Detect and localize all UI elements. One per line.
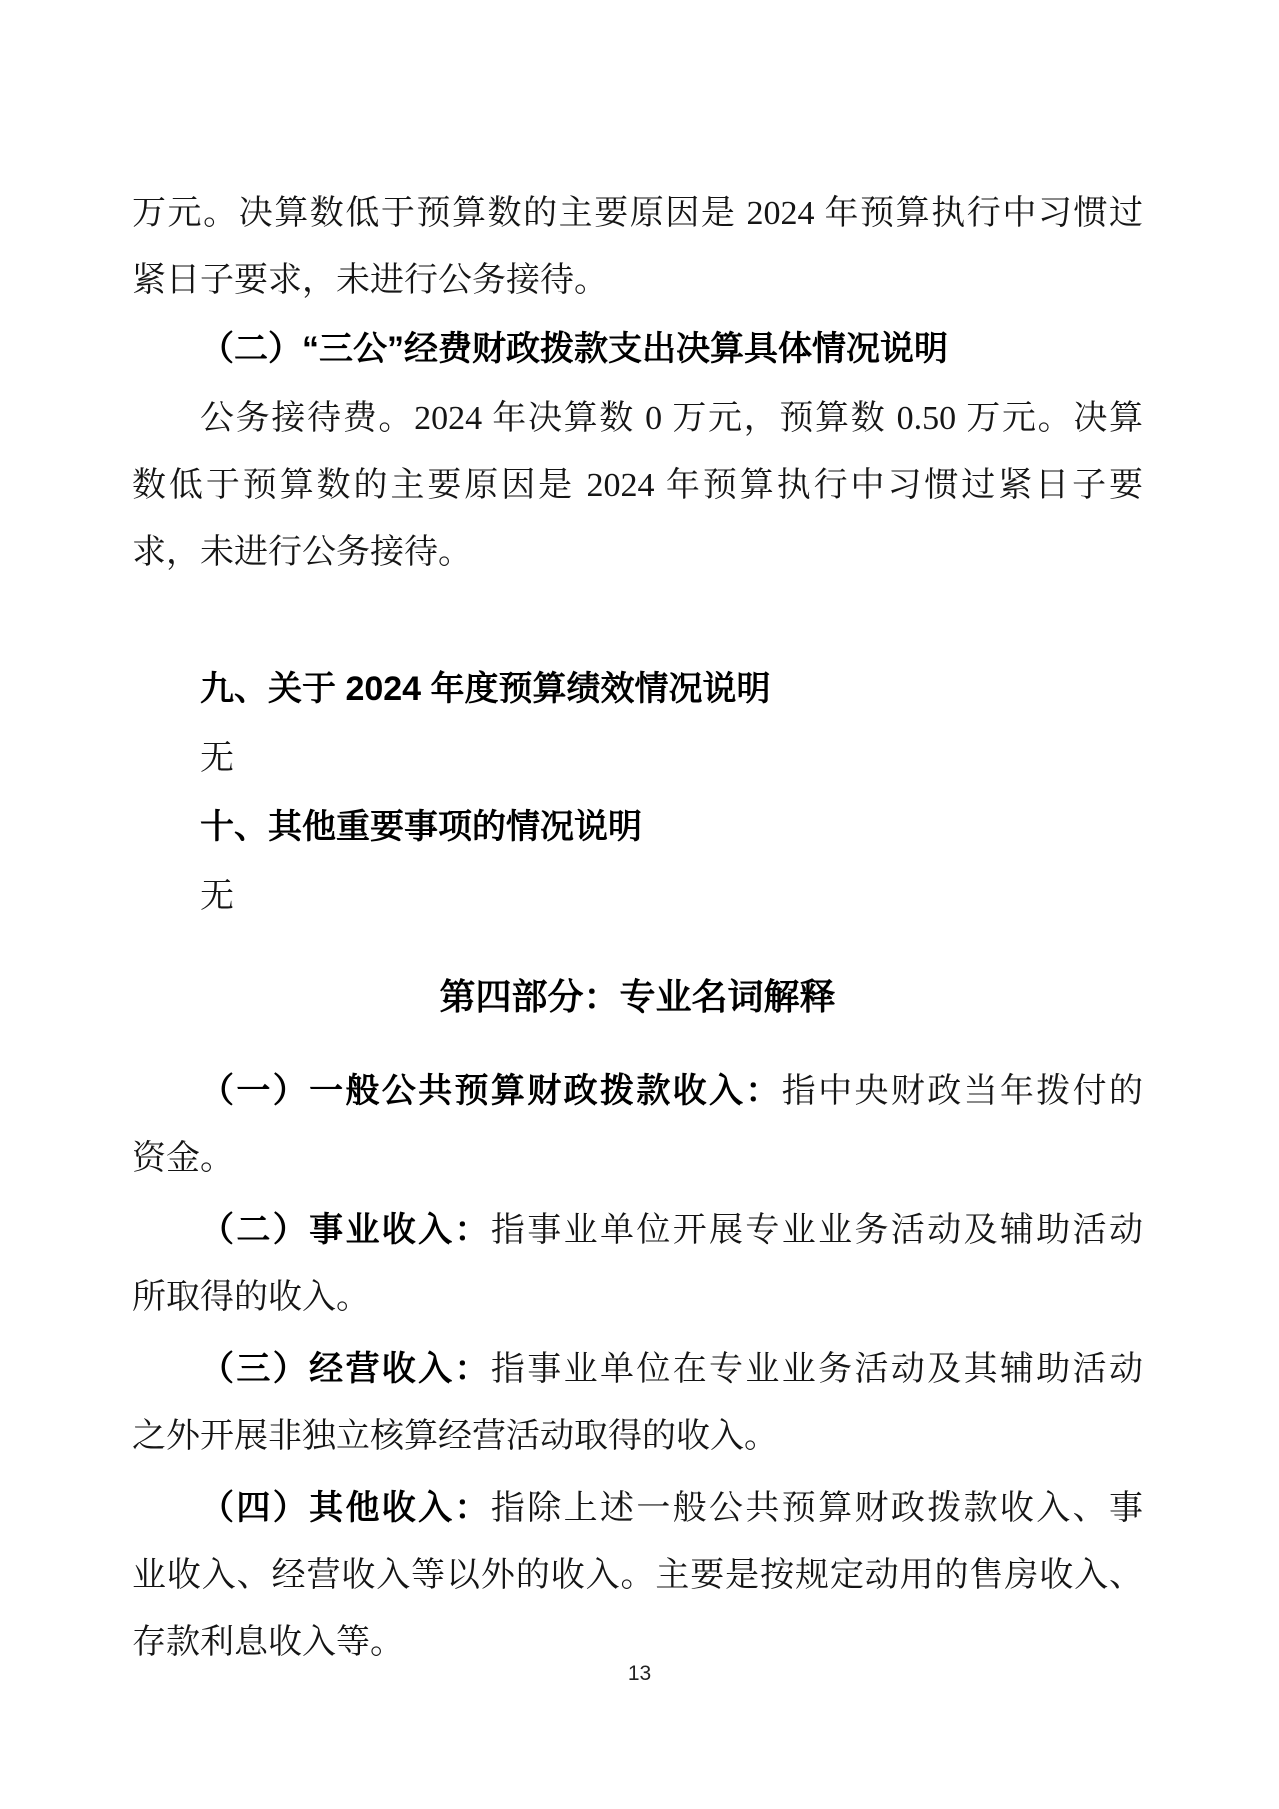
term-label: （三）经营收入： [200, 1351, 491, 1388]
definition-other-income: （四）其他收入：指除上述一般公共预算财政拨款收入、事业收入、经营收入等以外的收入… [132, 1475, 1143, 1676]
section10-none-text: 无 [132, 863, 1143, 930]
text-segment: 数低于预算数的主要原因是 2024 年预算执行中习惯过紧日子要 [132, 467, 1143, 504]
text-line: 十、其他重要事项的情况说明 [132, 794, 1143, 861]
text-segment: 紧日子要求，未进行公务接待。 [132, 262, 608, 299]
text-line: 数低于预算数的主要原因是 2024 年预算执行中习惯过紧日子要 [132, 452, 1143, 519]
text-line: （二）事业收入：指事业单位开展专业业务活动及辅助活动 [132, 1197, 1143, 1264]
definition-operating-income: （三）经营收入：指事业单位在专业业务活动及其辅助活动之外开展非独立核算经营活动取… [132, 1336, 1143, 1470]
text-segment: 所取得的收入。 [132, 1279, 370, 1316]
text-line: （一）一般公共预算财政拨款收入：指中央财政当年拨付的 [132, 1058, 1143, 1125]
text-line: （三）经营收入：指事业单位在专业业务活动及其辅助活动 [132, 1336, 1143, 1403]
definition-institution-income: （二）事业收入：指事业单位开展专业业务活动及辅助活动所取得的收入。 [132, 1197, 1143, 1331]
text-line: （四）其他收入：指除上述一般公共预算财政拨款收入、事 [132, 1475, 1143, 1542]
text-segment: 指除上述一般公共预算财政拨款收入、事 [491, 1490, 1143, 1527]
document-page: 万元。决算数低于预算数的主要原因是 2024 年预算执行中习惯过紧日子要求，未进… [0, 0, 1279, 1809]
section9-heading: 九、关于 2024 年度预算绩效情况说明 [132, 656, 1143, 723]
term-label: （二）事业收入： [200, 1212, 491, 1249]
term-label: （四）其他收入： [200, 1490, 491, 1527]
section10-heading: 十、其他重要事项的情况说明 [132, 794, 1143, 861]
text-segment: 公务接待费。2024 年决算数 0 万元，预算数 0.50 万元。决算 [200, 400, 1143, 437]
definition-general-budget-income: （一）一般公共预算财政拨款收入：指中央财政当年拨付的资金。 [132, 1058, 1143, 1192]
text-segment: 资金。 [132, 1140, 234, 1177]
page-number: 13 [0, 1662, 1279, 1686]
page-content: 万元。决算数低于预算数的主要原因是 2024 年预算执行中习惯过紧日子要求，未进… [132, 180, 1143, 1676]
text-segment: 指事业单位开展专业业务活动及辅助活动 [491, 1212, 1143, 1249]
text-line: 公务接待费。2024 年决算数 0 万元，预算数 0.50 万元。决算 [132, 385, 1143, 452]
text-line: 业收入、经营收入等以外的收入。主要是按规定动用的售房收入、 [132, 1542, 1143, 1609]
carryover-paragraph: 万元。决算数低于预算数的主要原因是 2024 年预算执行中习惯过紧日子要求，未进… [132, 180, 1143, 314]
term-label: （一）一般公共预算财政拨款收入： [200, 1073, 782, 1110]
text-line: （二）“三公”经费财政拨款支出决算具体情况说明 [132, 316, 1143, 383]
text-segment: 九、关于 2024 年度预算绩效情况说明 [200, 670, 771, 708]
text-segment: 无 [200, 740, 234, 777]
text-line: 紧日子要求，未进行公务接待。 [132, 247, 1143, 314]
text-line: 无 [132, 863, 1143, 930]
text-line: 之外开展非独立核算经营活动取得的收入。 [132, 1403, 1143, 1470]
text-line: 第四部分：专业名词解释 [132, 963, 1143, 1030]
reception-fee-paragraph: 公务接待费。2024 年决算数 0 万元，预算数 0.50 万元。决算数低于预算… [132, 385, 1143, 586]
text-line: 九、关于 2024 年度预算绩效情况说明 [132, 656, 1143, 723]
text-segment: 指事业单位在专业业务活动及其辅助活动 [491, 1351, 1143, 1388]
text-segment: 指中央财政当年拨付的 [782, 1073, 1143, 1110]
text-segment: 之外开展非独立核算经营活动取得的收入。 [132, 1418, 778, 1455]
text-line: 无 [132, 725, 1143, 792]
part4-title: 第四部分：专业名词解释 [132, 963, 1143, 1030]
text-line: 资金。 [132, 1125, 1143, 1192]
text-segment: 万元。决算数低于预算数的主要原因是 2024 年预算执行中习惯过 [132, 195, 1143, 232]
section9-none-text: 无 [132, 725, 1143, 792]
text-segment: 求，未进行公务接待。 [132, 534, 472, 571]
text-line: 求，未进行公务接待。 [132, 519, 1143, 586]
text-segment: 业收入、经营收入等以外的收入。主要是按规定动用的售房收入、 [132, 1557, 1143, 1594]
text-segment: （二）“三公”经费财政拨款支出决算具体情况说明 [200, 330, 948, 368]
text-segment: 无 [200, 878, 234, 915]
text-segment: 十、其他重要事项的情况说明 [200, 808, 642, 846]
text-line: 所取得的收入。 [132, 1264, 1143, 1331]
text-segment: 第四部分：专业名词解释 [439, 976, 835, 1017]
text-segment: 存款利息收入等。 [132, 1624, 404, 1661]
sangong-expense-heading: （二）“三公”经费财政拨款支出决算具体情况说明 [132, 316, 1143, 383]
text-line: 万元。决算数低于预算数的主要原因是 2024 年预算执行中习惯过 [132, 180, 1143, 247]
